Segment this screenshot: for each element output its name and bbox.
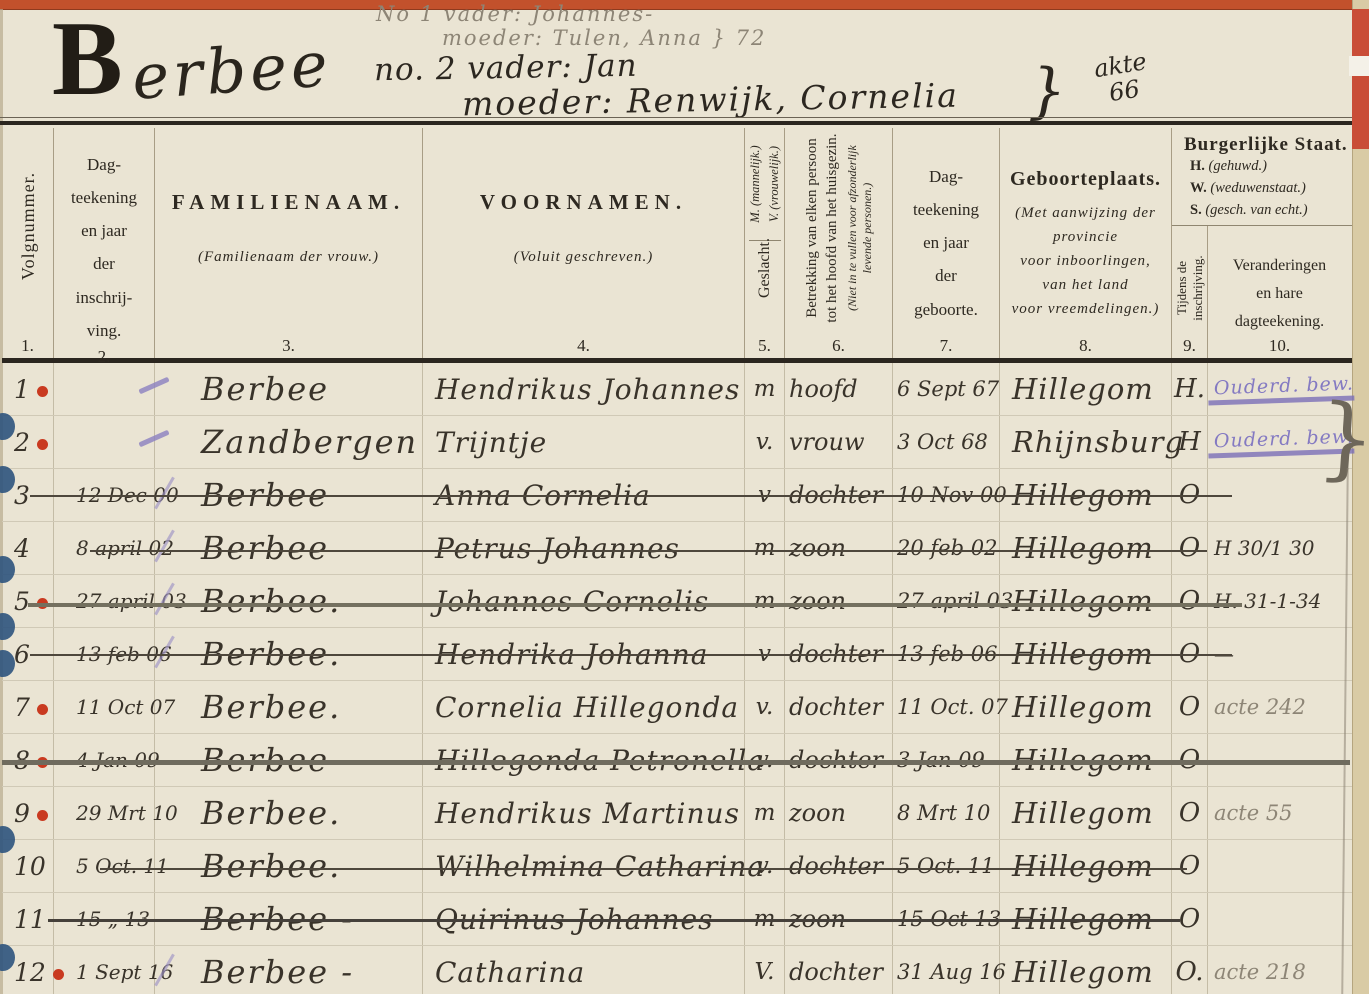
table-row: 4 8 april 02 Berbee Petrus Johannes m zo…	[2, 522, 1352, 575]
sex-cell: V.	[745, 946, 785, 994]
column-number-8: 8.	[1000, 336, 1171, 358]
changes-cell: acte 218	[1208, 946, 1351, 994]
relation-cell: zoon	[785, 575, 893, 627]
betrekking-label: Betrekking van elken persoon tot het hoo…	[785, 130, 893, 326]
header-geboorteplaats: Geboorteplaats. (Met aanwijzing der prov…	[1000, 128, 1172, 358]
table-row: 9 29 Mrt 10 Berbee. Hendrikus Martinus m…	[2, 787, 1352, 840]
changes-cell: acte 55	[1208, 787, 1351, 839]
red-dot-mark	[37, 386, 48, 397]
civil-status-cell: O	[1172, 575, 1208, 627]
birth-date-cell: 31 Aug 16	[893, 946, 1000, 994]
burgerlijke-staat-block: Burgerlijke Staat. H. (gehuwd.) W. (wedu…	[1172, 128, 1352, 226]
column-number-6: 6.	[785, 336, 892, 358]
tijdens-inschrijving-label: Tijdens de inschrijving.	[1172, 240, 1208, 336]
birth-date-cell: 20 feb 02	[893, 522, 1000, 574]
changes-cell: H 30/1 30	[1208, 522, 1351, 574]
family-name-cell: Berbee -	[155, 946, 423, 994]
table-row: 1 Berbee Hendrikus Johannes m hoofd 6 Se…	[2, 363, 1352, 416]
family-name-cell: Berbee.	[155, 681, 423, 733]
geboorte-label: Dag- teekening en jaar der geboorte.	[893, 128, 999, 326]
strikethrough-line	[28, 603, 1242, 607]
header-geslacht: M. (mannelijk.) V. (vrouwelijk.) Geslach…	[745, 128, 785, 358]
strikethrough-line	[2, 760, 1350, 765]
familienaam-subtitle: (Familienaam der vrouw.)	[155, 215, 422, 266]
sex-cell: v.	[745, 681, 785, 733]
given-names-cell: Petrus Johannes	[423, 522, 745, 574]
family-name-cell: Berbee	[155, 522, 423, 574]
pencil-brace: }	[1314, 384, 1369, 493]
birth-place-cell: Hillegom	[1000, 363, 1172, 415]
birth-date-cell: 27 april 03	[893, 575, 1000, 627]
relation-cell: zoon	[785, 522, 893, 574]
geslacht-label: Geslacht.	[745, 225, 785, 311]
given-names-cell: Wilhelmina Catharina	[423, 840, 745, 892]
given-names-cell: Hendrikus Martinus	[423, 787, 745, 839]
row-number-cell: 7	[2, 681, 54, 733]
betrekking-note: (Niet in te vullen voor afzonderlijk lev…	[845, 130, 876, 326]
table-row: 12 1 Sept 16 Berbee - Catharina V. docht…	[2, 946, 1352, 994]
right-edge-red-card	[1352, 9, 1369, 149]
header-familienaam: FAMILIENAAM. (Familienaam der vrouw.) 3.	[155, 128, 423, 358]
header-tijdens-inschrijving: Tijdens de inschrijving. 9.	[1172, 226, 1208, 358]
given-names-cell: Trijntje	[423, 416, 745, 468]
table-header: Volgnummer. 1. Dag- teekening en jaar de…	[2, 128, 1352, 358]
column-number-4: 4.	[423, 336, 744, 358]
burgerlijke-staat-h: H. (gehuwd.)	[1184, 156, 1352, 178]
voornamen-subtitle: (Voluit geschreven.)	[423, 215, 744, 266]
header-betrekking: Betrekking van elken persoon tot het hoo…	[785, 128, 893, 358]
birth-place-cell: Hillegom	[1000, 946, 1172, 994]
family-name-cell: Berbee.	[155, 575, 423, 627]
column-number-1: 1.	[2, 336, 53, 358]
title-rule-thin	[0, 117, 1352, 118]
given-names-cell: Hendrikus Johannes	[423, 363, 745, 415]
family-name-cell: Berbee.	[155, 840, 423, 892]
ink-annotation-akte: akte 66	[1092, 48, 1152, 108]
page-title-initial: B	[52, 6, 123, 112]
table-body: 1 Berbee Hendrikus Johannes m hoofd 6 Se…	[2, 363, 1352, 994]
sex-cell: m	[745, 522, 785, 574]
family-name-cell: Berbee.	[155, 787, 423, 839]
top-red-edge	[0, 0, 1369, 10]
betrekking-text: Betrekking van elken persoon tot het hoo…	[804, 133, 840, 322]
red-dot-mark	[37, 810, 48, 821]
birth-place-cell: Rhijnsburg	[1000, 416, 1172, 468]
given-names-cell: Catharina	[423, 946, 745, 994]
birth-date-cell: 5 Oct. 11	[893, 840, 1000, 892]
changes-cell	[1208, 893, 1351, 945]
registration-date-cell: 5 Oct. 11	[54, 840, 155, 892]
table-row: 11 15 „ 13 Berbee - Quirinus Johannes m …	[2, 893, 1352, 946]
civil-status-cell: O	[1172, 787, 1208, 839]
sex-cell: m	[745, 363, 785, 415]
changes-cell	[1208, 840, 1351, 892]
header-burgerlijke-staat-group: Burgerlijke Staat. H. (gehuwd.) W. (wedu…	[1172, 128, 1352, 358]
header-inschrijving-datum: Dag- teekening en jaar der inschrij- vin…	[54, 128, 155, 358]
column-number-10: 10.	[1208, 336, 1351, 358]
strikethrough-line	[30, 654, 1232, 656]
birth-place-cell: Hillegom	[1000, 787, 1172, 839]
column-number-7: 7.	[893, 336, 999, 358]
register-sheet: B erbee No 1 vader: Johannes- moeder: Tu…	[0, 0, 1369, 994]
register-table: Volgnummer. 1. Dag- teekening en jaar de…	[2, 128, 1352, 994]
volgnummer-label: Volgnummer.	[2, 131, 54, 321]
civil-status-cell: O.	[1172, 946, 1208, 994]
pencil-annotation-line2: moeder: Tulen, Anna } 72	[442, 26, 766, 50]
relation-cell: dochter	[785, 840, 893, 892]
row-number-cell: 1	[2, 363, 54, 415]
pencil-annotation-line1: No 1 vader: Johannes-	[376, 2, 654, 26]
registration-date-cell: 11 Oct 07	[54, 681, 155, 733]
strikethrough-line	[90, 550, 1207, 552]
birth-place-cell: Hillegom	[1000, 522, 1172, 574]
header-geboorte-datum: Dag- teekening en jaar der geboorte. 7.	[893, 128, 1000, 358]
akte-number: 66	[1107, 75, 1142, 107]
table-row: 10 5 Oct. 11 Berbee. Wilhelmina Catharin…	[2, 840, 1352, 893]
civil-status-cell: H.	[1172, 363, 1208, 415]
table-row: 3 12 Dec 00 Berbee Anna Cornelia v docht…	[2, 469, 1352, 522]
table-row: 8 4 Jan 09 Berbee Hillegonda Petronella …	[2, 734, 1352, 787]
relation-cell: dochter	[785, 681, 893, 733]
header-volgnummer: Volgnummer. 1.	[2, 128, 54, 358]
familienaam-title: FAMILIENAAM.	[155, 128, 422, 215]
sex-cell: v.	[745, 416, 785, 468]
table-row: 5 27 april 03 Berbee. Johannes Cornelis …	[2, 575, 1352, 628]
ink-annotation-brace: }	[1028, 56, 1066, 126]
voornamen-title: VOORNAMEN.	[423, 128, 744, 215]
strikethrough-line	[100, 868, 1187, 870]
sex-cell: m	[745, 575, 785, 627]
strikethrough-line	[48, 919, 1180, 922]
civil-status-cell: O	[1172, 522, 1208, 574]
birth-date-cell: 8 Mrt 10	[893, 787, 1000, 839]
relation-cell: zoon	[785, 787, 893, 839]
birth-place-cell: Hillegom	[1000, 681, 1172, 733]
header-voornamen: VOORNAMEN. (Voluit geschreven.) 4.	[423, 128, 745, 358]
changes-cell: H. 31-1-34	[1208, 575, 1351, 627]
table-row: 6 13 feb 06 Berbee. Hendrika Johanna v d…	[2, 628, 1352, 681]
header-veranderingen: Veranderingen en hare dagteekening. 10.	[1208, 226, 1351, 358]
burgerlijke-staat-title: Burgerlijke Staat.	[1184, 134, 1352, 156]
birth-date-cell: 6 Sept 67	[893, 363, 1000, 415]
relation-cell: hoofd	[785, 363, 893, 415]
birth-place-cell: Hillegom	[1000, 840, 1172, 892]
table-row: 2 Zandbergen Trijntje v. vrouw 3 Oct 68 …	[2, 416, 1352, 469]
title-rule-thick	[0, 121, 1352, 125]
geboorteplaats-subtitle: (Met aanwijzing der provincie voor inboo…	[1000, 191, 1171, 321]
table-row: 7 11 Oct 07 Berbee. Cornelia Hillegonda …	[2, 681, 1352, 734]
veranderingen-label: Veranderingen en hare dagteekening.	[1208, 226, 1351, 336]
burgerlijke-staat-s: S. (gesch. van echt.)	[1184, 200, 1352, 222]
registration-date-cell: 29 Mrt 10	[54, 787, 155, 839]
red-dot-mark	[37, 439, 48, 450]
column-number-5: 5.	[745, 336, 784, 358]
relation-cell: dochter	[785, 946, 893, 994]
civil-status-cell: O	[1172, 681, 1208, 733]
registration-date-cell: 8 april 02	[54, 522, 155, 574]
relation-cell: vrouw	[785, 416, 893, 468]
registration-date-cell: 1 Sept 16	[54, 946, 155, 994]
family-name-cell: Berbee	[155, 363, 423, 415]
sex-cell: m	[745, 787, 785, 839]
registration-date-cell	[54, 416, 155, 468]
right-page-edge	[1352, 0, 1369, 994]
birth-place-cell: Hillegom	[1000, 575, 1172, 627]
right-edge-white-patch	[1349, 56, 1369, 76]
registration-date-cell: 27 april 03	[54, 575, 155, 627]
column-number-9: 9.	[1172, 336, 1207, 358]
red-dot-mark	[37, 704, 48, 715]
registration-date-cell	[54, 363, 155, 415]
birth-date-cell: 11 Oct. 07	[893, 681, 1000, 733]
given-names-cell: Cornelia Hillegonda	[423, 681, 745, 733]
geboorteplaats-title: Geboorteplaats.	[1000, 128, 1171, 191]
inschrijving-label: Dag- teekening en jaar der inschrij- vin…	[54, 128, 154, 347]
burgerlijke-staat-w: W. (weduwenstaat.)	[1184, 178, 1352, 200]
geslacht-legend: M. (mannelijk.) V. (vrouwelijk.)	[745, 132, 785, 236]
strikethrough-line	[30, 495, 1232, 497]
sex-cell: v.	[745, 840, 785, 892]
civil-status-cell: H	[1172, 416, 1208, 468]
civil-status-cell: O	[1172, 840, 1208, 892]
given-names-cell: Johannes Cornelis	[423, 575, 745, 627]
row-number-cell: 11	[2, 893, 54, 945]
family-name-cell: Zandbergen	[155, 416, 423, 468]
column-number-3: 3.	[155, 336, 422, 358]
page-title: erbee	[130, 27, 334, 114]
changes-cell: acte 242	[1208, 681, 1351, 733]
birth-date-cell: 3 Oct 68	[893, 416, 1000, 468]
